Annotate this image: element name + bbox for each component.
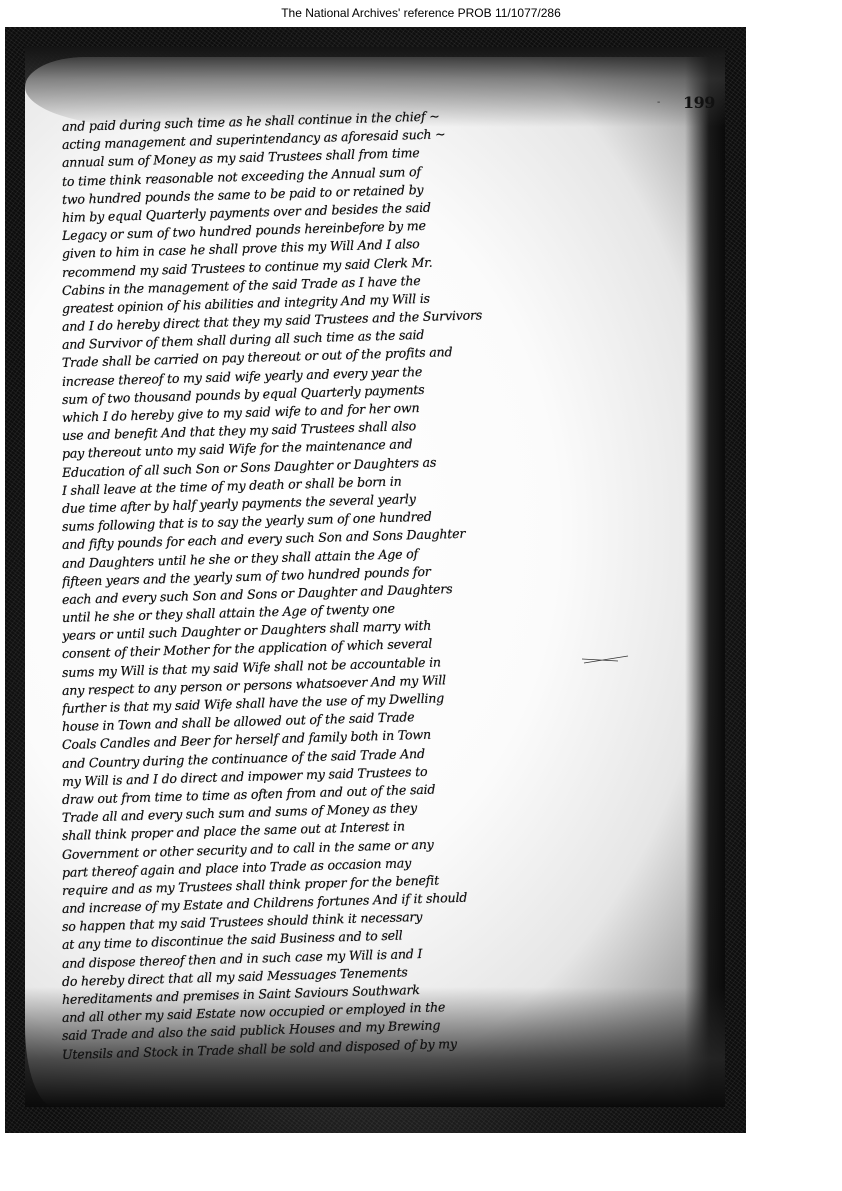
folio-number: 199 (683, 93, 715, 112)
page-right-shadow (685, 57, 725, 1107)
handwritten-text-block: and paid during such time as he shall co… (62, 118, 562, 1064)
marginal-pen-mark (580, 655, 630, 667)
archive-reference-header: The National Archives' reference PROB 11… (0, 6, 842, 20)
folio-dash: - (657, 97, 660, 108)
